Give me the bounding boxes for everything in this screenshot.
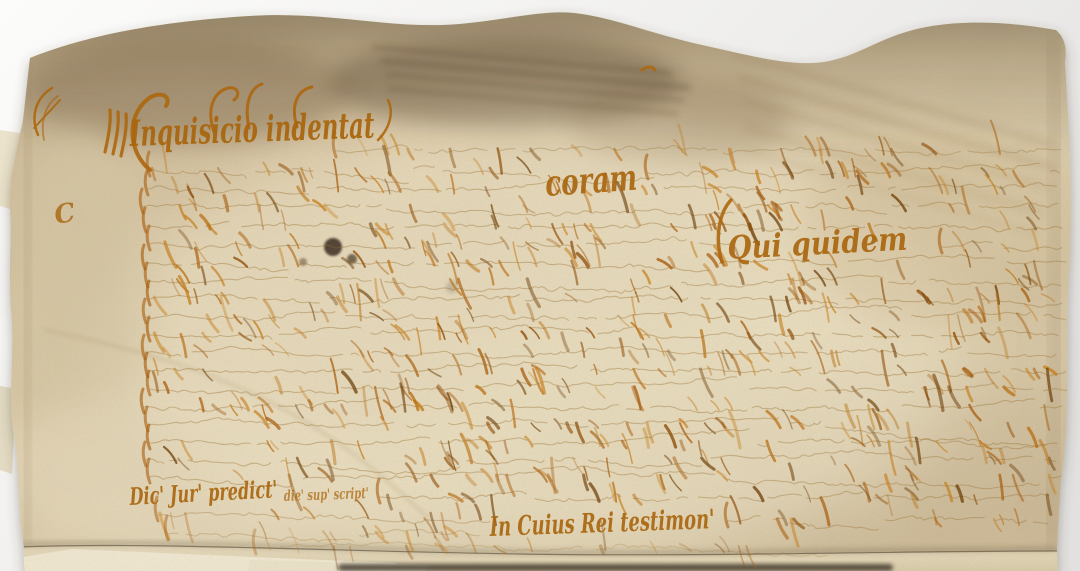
word-die-sup-script: die' sup' script': [284, 484, 370, 505]
parchment-scene: Inquisicio indentat coram Qui quidem Dic…: [0, 0, 1080, 571]
word-coram: coram: [544, 157, 639, 205]
manuscript-photo: Inquisicio indentat coram Qui quidem Dic…: [0, 0, 1080, 571]
parchment-sheet: Inquisicio indentat coram Qui quidem Dic…: [0, 0, 1080, 571]
heading-inquisicio: Inquisicio indentat: [128, 104, 375, 155]
